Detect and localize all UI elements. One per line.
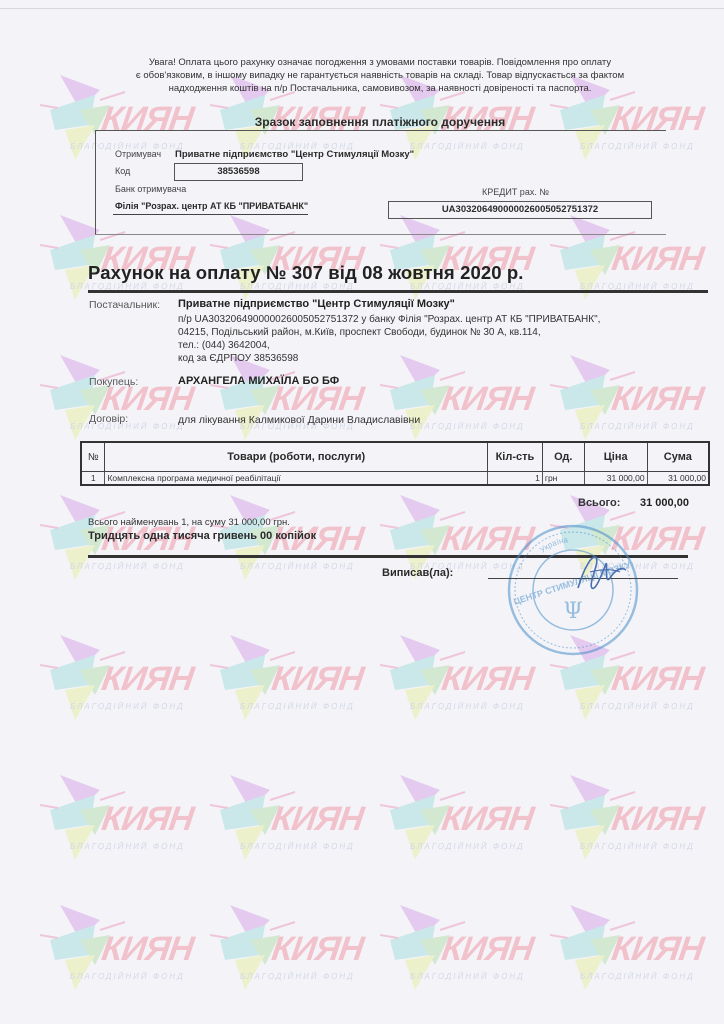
watermark-word: КИЯН [99, 800, 195, 839]
credit-label: КРЕДИТ рах. № [482, 187, 549, 197]
kiyan-watermark-logo: КИЯНБЛАГОДІЙНИЙ ФОНД [210, 630, 340, 740]
watermark-subtitle: БЛАГОДІЙНИЙ ФОНД [70, 562, 185, 571]
row-num: 1 [81, 472, 105, 486]
credit-account: UA303206490000026005052751372 [388, 201, 652, 219]
bank-label: Банк отримувача [115, 184, 186, 194]
watermark-word: КИЯН [99, 660, 195, 699]
watermark-word: КИЯН [609, 800, 705, 839]
watermark-subtitle: БЛАГОДІЙНИЙ ФОНД [410, 972, 525, 981]
row-sum: 31 000,00 [647, 472, 709, 486]
kiyan-watermark-logo: КИЯНБЛАГОДІЙНИЙ ФОНД [380, 900, 510, 1010]
watermark-word: КИЯН [609, 240, 705, 279]
row-qty: 1 [487, 472, 542, 486]
header-qty: Кіл-сть [487, 442, 542, 472]
supplier-phone: тел.: (044) 3642004, [178, 339, 600, 352]
bank-underline [113, 214, 308, 215]
kiyan-watermark-logo: КИЯНБЛАГОДІЙНИЙ ФОНД [40, 900, 170, 1010]
watermark-subtitle: БЛАГОДІЙНИЙ ФОНД [580, 422, 695, 431]
watermark-word: КИЯН [439, 800, 535, 839]
row-price: 31 000,00 [584, 472, 647, 486]
payment-notice: Увага! Оплата цього рахунку означає пого… [110, 56, 650, 95]
row-name: Комплексна програма медичної реабілітаці… [105, 472, 488, 486]
buyer-label: Покупець: [89, 376, 138, 388]
items-count-summary: Всього найменувань 1, на суму 31 000,00 … [88, 517, 290, 528]
watermark-subtitle: БЛАГОДІЙНИЙ ФОНД [580, 972, 695, 981]
table-row: 1 Комплексна програма медичної реабіліта… [81, 472, 709, 486]
watermark-subtitle: БЛАГОДІЙНИЙ ФОНД [70, 842, 185, 851]
watermark-subtitle: БЛАГОДІЙНИЙ ФОНД [240, 842, 355, 851]
buyer-name: АРХАНГЕЛА МИХАЇЛА БО БФ [178, 375, 339, 387]
watermark-subtitle: БЛАГОДІЙНИЙ ФОНД [70, 972, 185, 981]
notice-line: надходження коштів на п/р Постачальника,… [110, 82, 650, 95]
kiyan-watermark-logo: КИЯНБЛАГОДІЙНИЙ ФОНД [40, 770, 170, 880]
kiyan-watermark-logo: КИЯНБЛАГОДІЙНИЙ ФОНД [210, 770, 340, 880]
contract-value: для лікування Калмикової Дарини Владисла… [178, 414, 420, 427]
supplier-label: Постачальник: [89, 299, 160, 311]
kiyan-watermark-logo: КИЯНБЛАГОДІЙНИЙ ФОНД [550, 770, 680, 880]
supplier-address: 04215, Подільський район, м.Київ, проспе… [178, 326, 600, 339]
supplier-account: п/р UA303206490000026005052751372 у банк… [178, 313, 600, 326]
total-value: 31 000,00 [640, 497, 689, 509]
supplier-name: Приватне підприємство "Центр Стимуляції … [178, 298, 455, 310]
invoice-page: КИЯНБЛАГОДІЙНИЙ ФОНДКИЯНБЛАГОДІЙНИЙ ФОНД… [0, 0, 724, 1024]
title-divider [88, 290, 708, 293]
watermark-subtitle: БЛАГОДІЙНИЙ ФОНД [410, 842, 525, 851]
header-num: № [81, 442, 105, 472]
watermark-subtitle: БЛАГОДІЙНИЙ ФОНД [410, 702, 525, 711]
contract-label: Договір: [89, 413, 128, 425]
watermark-subtitle: БЛАГОДІЙНИЙ ФОНД [240, 702, 355, 711]
code-value: 38536598 [174, 163, 303, 181]
watermark-word: КИЯН [269, 930, 365, 969]
watermark-word: КИЯН [269, 800, 365, 839]
header-price: Ціна [584, 442, 647, 472]
kiyan-watermark-logo: КИЯНБЛАГОДІЙНИЙ ФОНД [40, 490, 170, 600]
watermark-word: КИЯН [609, 380, 705, 419]
watermark-subtitle: БЛАГОДІЙНИЙ ФОНД [70, 702, 185, 711]
notice-line: є обов'язковим, в іншому випадку не гара… [110, 69, 650, 82]
kiyan-watermark-logo: КИЯНБЛАГОДІЙНИЙ ФОНД [380, 630, 510, 740]
kiyan-watermark-logo: КИЯНБЛАГОДІЙНИЙ ФОНД [40, 630, 170, 740]
signed-by-label: Виписав(ла): [382, 567, 453, 579]
recipient-label: Отримувач [115, 149, 161, 159]
payment-sample-box [95, 130, 666, 235]
kiyan-watermark-logo: КИЯНБЛАГОДІЙНИЙ ФОНД [210, 900, 340, 1010]
payment-sample-title: Зразок заповнення платіжного доручення [90, 115, 670, 129]
supplier-edrpou: код за ЄДРПОУ 38536598 [178, 352, 600, 365]
notice-line: Увага! Оплата цього рахунку означає пого… [110, 56, 650, 69]
scan-edge [0, 8, 724, 9]
header-unit: Од. [542, 442, 584, 472]
watermark-word: КИЯН [609, 930, 705, 969]
kiyan-watermark-logo: КИЯНБЛАГОДІЙНИЙ ФОНД [550, 900, 680, 1010]
kiyan-watermark-logo: КИЯНБЛАГОДІЙНИЙ ФОНД [380, 770, 510, 880]
watermark-subtitle: БЛАГОДІЙНИЙ ФОНД [410, 422, 525, 431]
invoice-title: Рахунок на оплату № 307 від 08 жовтня 20… [88, 262, 524, 284]
watermark-subtitle: БЛАГОДІЙНИЙ ФОНД [580, 842, 695, 851]
kiyan-watermark-logo: КИЯНБЛАГОДІЙНИЙ ФОНД [380, 490, 510, 600]
watermark-word: КИЯН [439, 930, 535, 969]
supplier-details: п/р UA303206490000026005052751372 у банк… [178, 313, 600, 365]
table-header-row: № Товари (роботи, послуги) Кіл-сть Од. Ц… [81, 442, 709, 472]
header-goods: Товари (роботи, послуги) [105, 442, 488, 472]
psi-icon: Ψ [563, 599, 582, 624]
watermark-word: КИЯН [99, 930, 195, 969]
kiyan-watermark-logo: КИЯНБЛАГОДІЙНИЙ ФОНД [210, 490, 340, 600]
items-table: № Товари (роботи, послуги) Кіл-сть Од. Ц… [80, 441, 710, 486]
row-unit: грн [542, 472, 584, 486]
code-label: Код [115, 166, 130, 176]
watermark-subtitle: БЛАГОДІЙНИЙ ФОНД [580, 702, 695, 711]
recipient-value: Приватне підприємство "Центр Стимуляції … [175, 149, 414, 160]
watermark-word: КИЯН [439, 660, 535, 699]
watermark-word: КИЯН [269, 660, 365, 699]
watermark-word: КИЯН [609, 660, 705, 699]
amount-in-words: Тридцять одна тисяча гривень 00 копійок [88, 530, 316, 542]
watermark-subtitle: БЛАГОДІЙНИЙ ФОНД [240, 972, 355, 981]
watermark-word: КИЯН [439, 380, 535, 419]
header-sum: Сума [647, 442, 709, 472]
watermark-subtitle: БЛАГОДІЙНИЙ ФОНД [240, 562, 355, 571]
signature-icon [570, 548, 630, 598]
total-label: Всього: [578, 497, 620, 509]
bank-value: Філія "Розрах. центр АТ КБ "ПРИВАТБАНК" [115, 201, 308, 211]
